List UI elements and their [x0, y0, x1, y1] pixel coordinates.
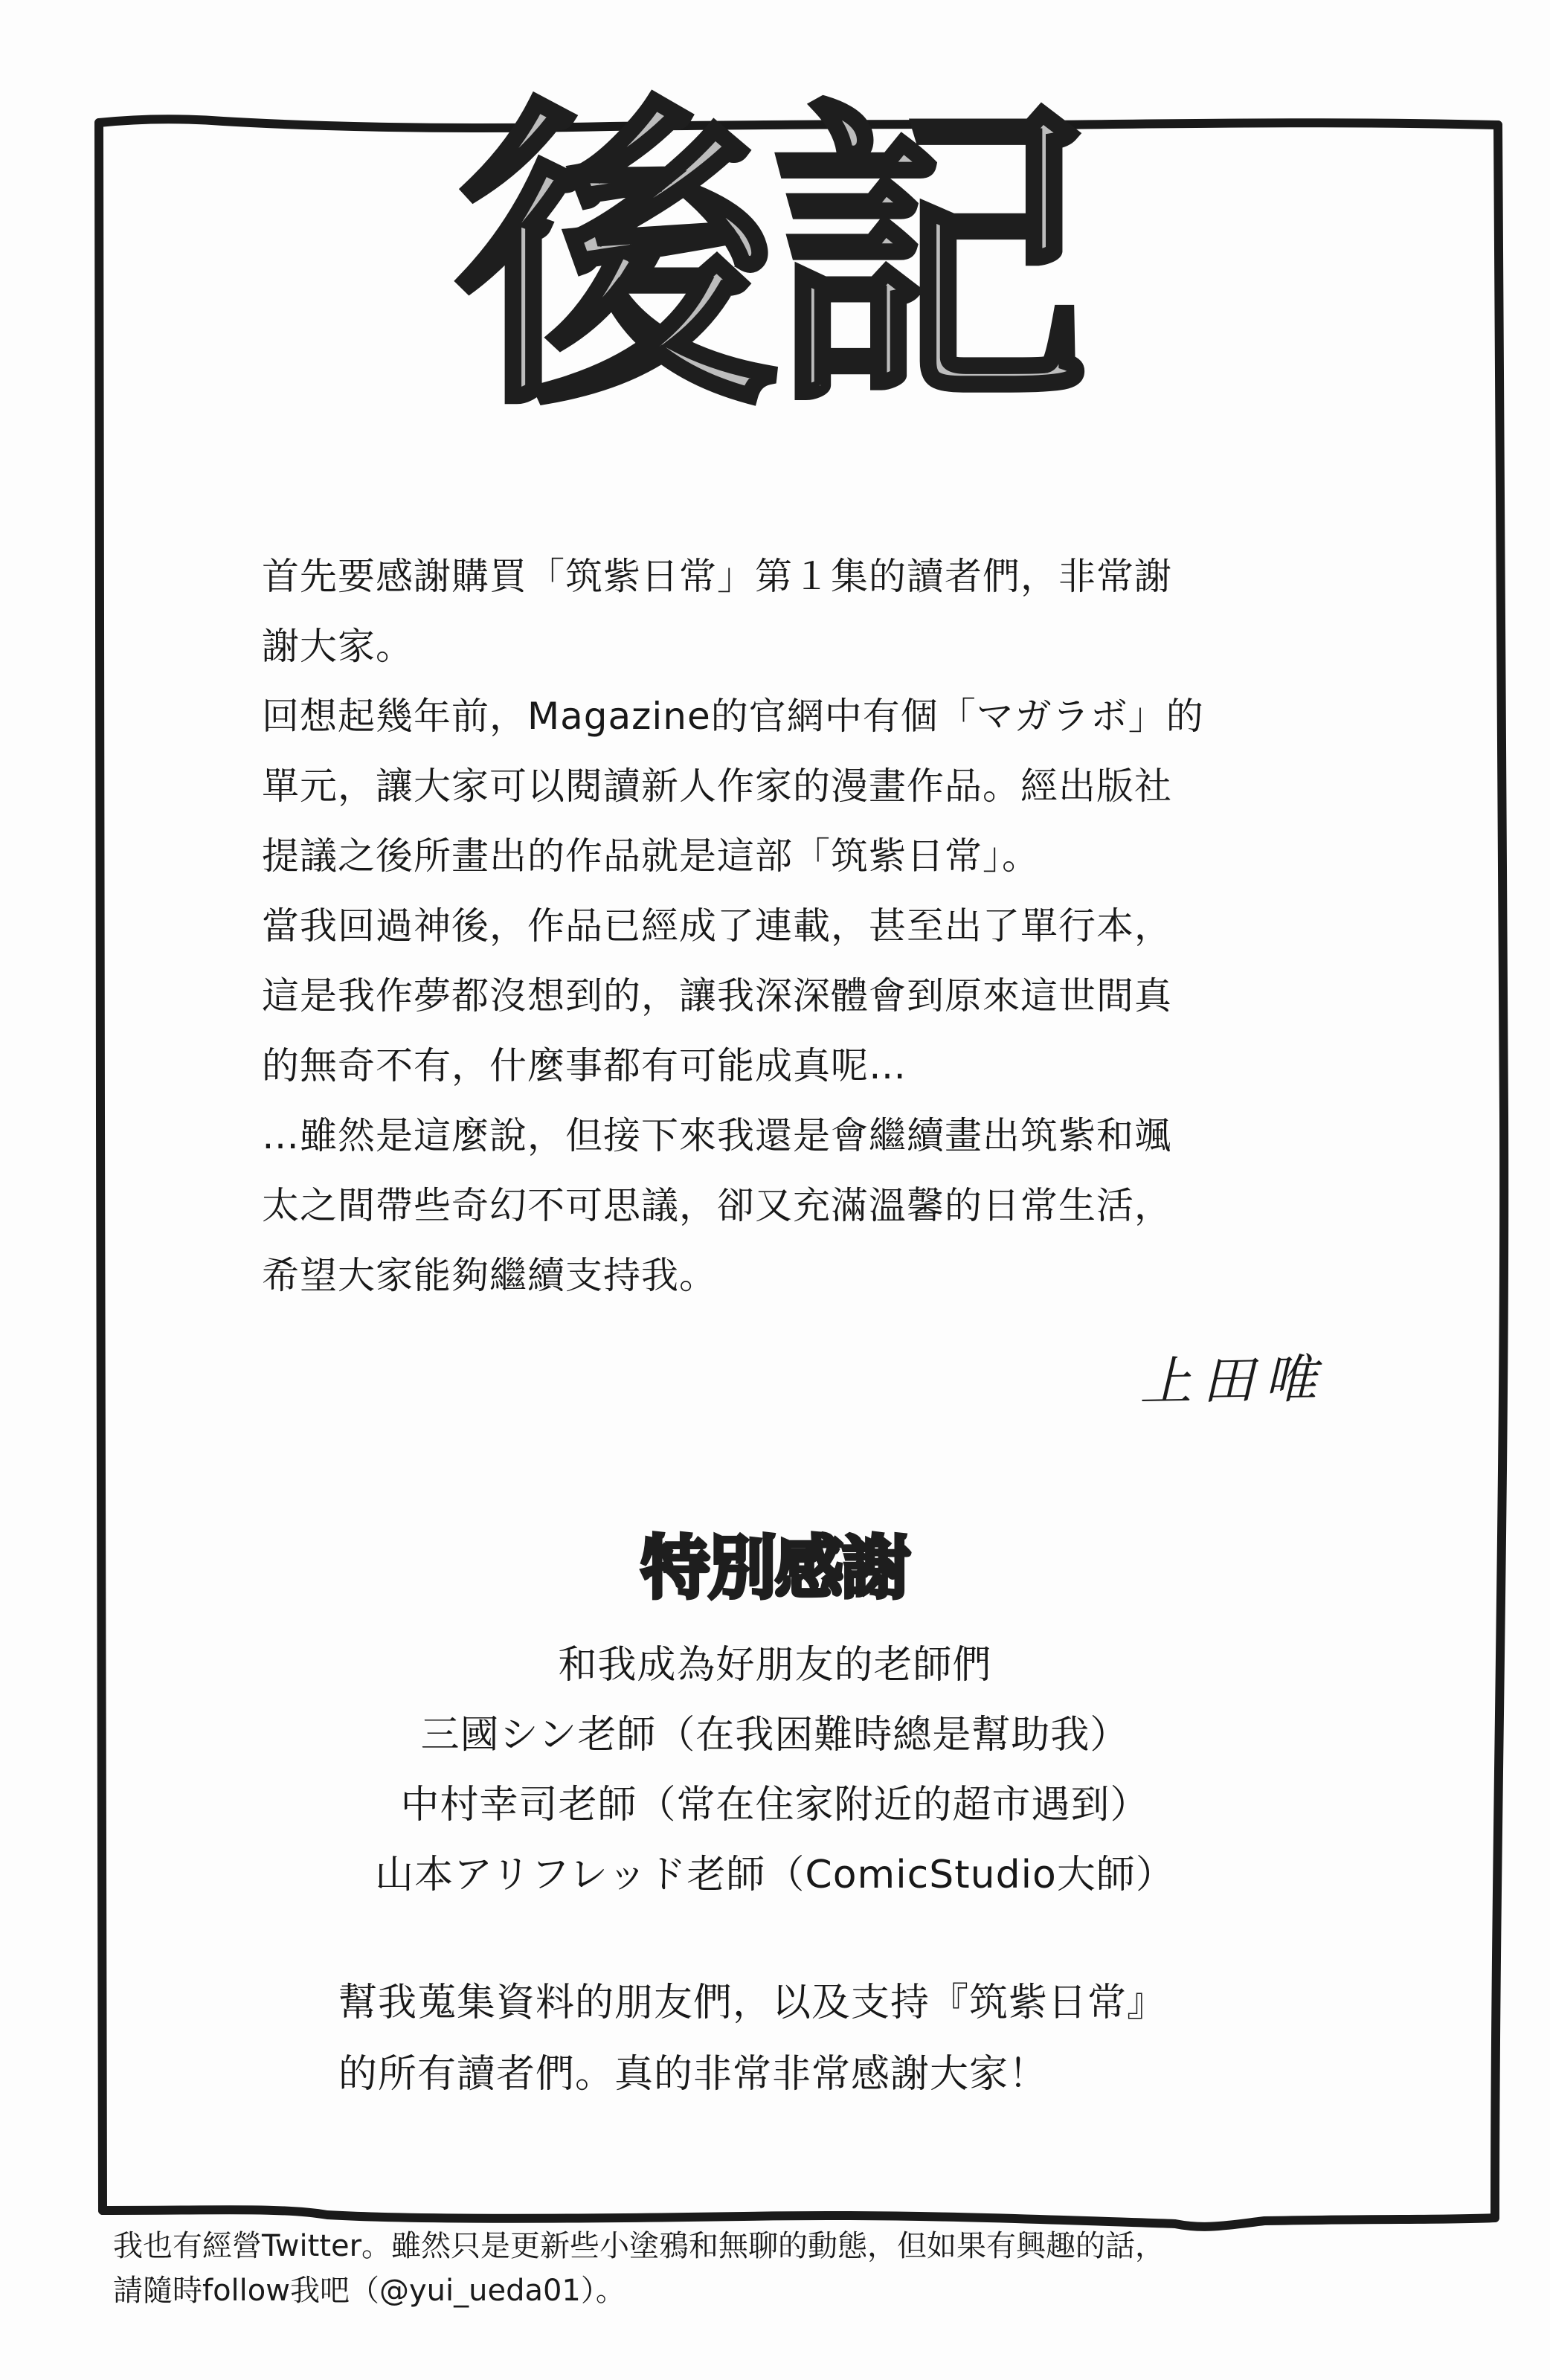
body-line: 當我回過神後，作品已經成了連載，甚至出了單行本， [262, 891, 1348, 961]
body-line: 單元，讓大家可以閱讀新人作家的漫畫作品。經出版社 [262, 751, 1348, 821]
body-line: 提議之後所畫出的作品就是這部「筑紫日常」。 [262, 821, 1348, 891]
author-signature: 上田唯 [1139, 1337, 1328, 1415]
body-line: …雖然是這麼說，但接下來我還是會繼續畫出筑紫和颯 [262, 1101, 1348, 1171]
special-thanks-heading: 特別感謝 [0, 1514, 1550, 1612]
footnote-line: 請隨時follow我吧（@yui_ueda01）。 [113, 2268, 1511, 2313]
body-line: 回想起幾年前，Magazine的官網中有個「マガラボ」的 [262, 681, 1348, 751]
thanks-item: 中村幸司老師（常在住家附近的超市遇到） [0, 1770, 1550, 1840]
special-thanks-list: 和我成為好朋友的老師們 三國シン老師（在我困難時總是幫助我） 中村幸司老師（常在… [0, 1630, 1550, 1910]
closing-line: 的所有讀者們。真的非常非常感謝大家！ [338, 2039, 1166, 2110]
twitter-footnote: 我也有經營Twitter。雖然只是更新些小塗鴉和無聊的動態，但如果有興趣的話， … [113, 2224, 1511, 2313]
thanks-item: 和我成為好朋友的老師們 [0, 1630, 1550, 1700]
page-title: 後記 [457, 100, 1082, 420]
body-line: 首先要感謝購買「筑紫日常」第１集的讀者們，非常謝 [262, 541, 1348, 611]
afterword-body: 首先要感謝購買「筑紫日常」第１集的讀者們，非常謝 謝大家。 回想起幾年前，Mag… [262, 541, 1348, 1310]
title-block: 後記 [435, 71, 1104, 450]
body-line: 這是我作夢都沒想到的，讓我深深體會到原來這世間真 [262, 961, 1348, 1031]
thanks-item: 山本アリフレッド老師（ComicStudio大師） [0, 1840, 1550, 1910]
closing-message: 幫我蒐集資料的朋友們，以及支持『筑紫日常』 的所有讀者們。真的非常非常感謝大家！ [338, 1967, 1166, 2110]
body-line: 希望大家能夠繼續支持我。 [262, 1241, 1348, 1310]
closing-line: 幫我蒐集資料的朋友們，以及支持『筑紫日常』 [338, 1967, 1166, 2039]
thanks-item: 三國シン老師（在我困難時總是幫助我） [0, 1700, 1550, 1770]
footnote-line: 我也有經營Twitter。雖然只是更新些小塗鴉和無聊的動態，但如果有興趣的話， [113, 2224, 1511, 2268]
body-line: 謝大家。 [262, 611, 1348, 681]
body-line: 的無奇不有，什麼事都有可能成真呢… [262, 1031, 1348, 1101]
body-line: 太之間帶些奇幻不可思議，卻又充滿溫馨的日常生活， [262, 1171, 1348, 1241]
afterword-page: 後記 首先要感謝購買「筑紫日常」第１集的讀者們，非常謝 謝大家。 回想起幾年前，… [0, 0, 1550, 2380]
